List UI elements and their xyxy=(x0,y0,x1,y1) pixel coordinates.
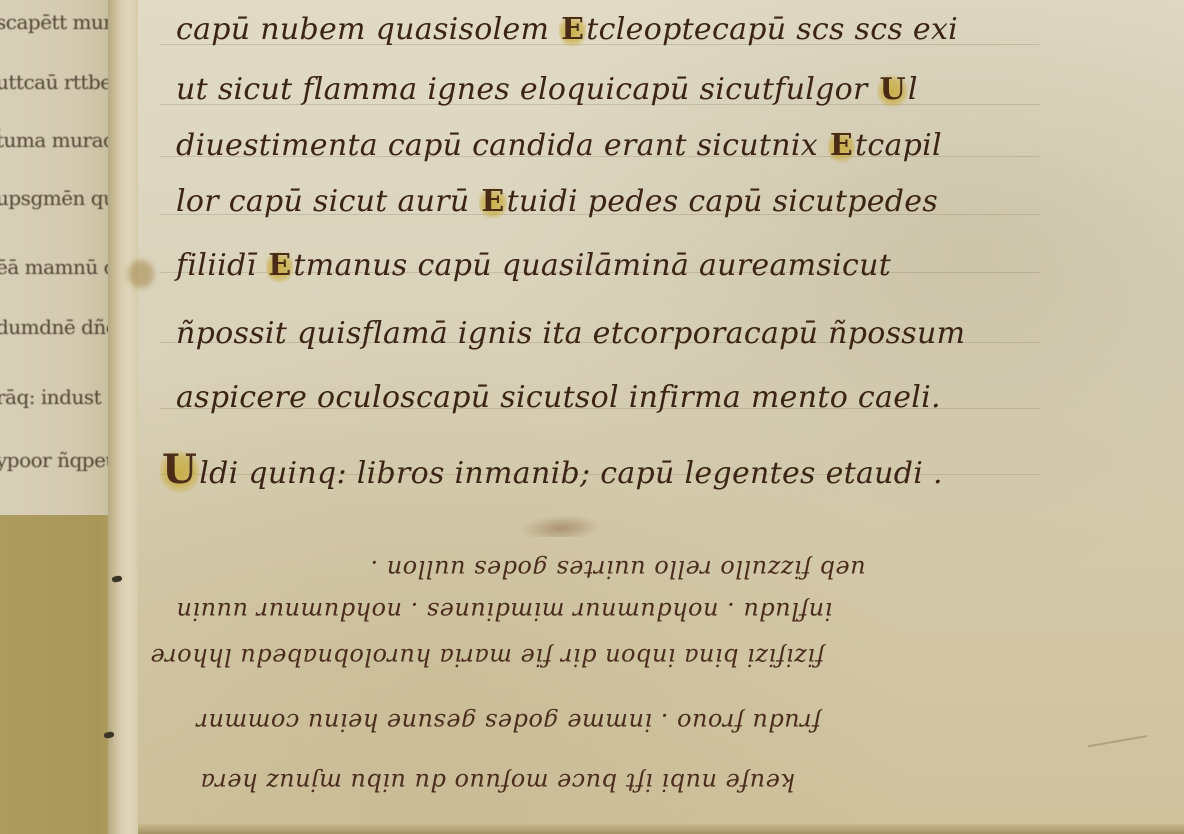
text-line: ñpossit quisflamā ignis ita etcorporacap… xyxy=(176,316,965,351)
text-segment: ldi quinq: libros inmanib; capū legentes… xyxy=(199,456,943,491)
text-segment: diuestimenta capū candida erant sicutnix xyxy=(176,128,828,163)
text-segment: tcapil xyxy=(855,128,942,163)
verso-line: rāq: indust xyxy=(0,385,101,409)
verso-line: ypoor ñqpeue xyxy=(0,448,112,472)
text-segment: capū nubem quasisolem xyxy=(176,12,559,47)
verso-page: scapētt muruu uttcaū rttbemp ṫuma muraqu… xyxy=(0,0,112,522)
text-segment: lor capū sicut aurū xyxy=(176,184,479,219)
decorated-initial: U xyxy=(160,446,199,493)
text-segment: aspicere oculoscapū sicutsol infirma men… xyxy=(176,380,941,415)
upside-down-line: fizifizi bina inbon dir fie maria hurolo… xyxy=(150,643,824,671)
text-segment: tmanus capū quasilāminā aureamsicut xyxy=(293,248,891,283)
decorated-initial: E xyxy=(479,184,506,219)
ink-smudge xyxy=(517,515,607,537)
upside-down-line: infludu . nohdumnur mimdiunes . nohdumnu… xyxy=(176,597,832,625)
text-line: Uldi quinq: libros inmanib; capū legente… xyxy=(160,446,943,493)
text-segment: tcleoptecapū scs scs exi xyxy=(586,12,958,47)
gutter-fold xyxy=(108,0,138,834)
text-segment: filiidī xyxy=(176,248,266,283)
text-segment: ut sicut flamma ignes eloquicapū sicutfu… xyxy=(176,72,877,107)
text-line: lor capū sicut aurū Etuidi pedes capū si… xyxy=(176,184,938,219)
decorated-initial: E xyxy=(559,12,586,47)
decorated-initial: E xyxy=(266,248,293,283)
text-segment: tuidi pedes capū sicutpedes xyxy=(507,184,938,219)
verso-line: ēā mamnū q xyxy=(0,255,112,279)
verso-line: uttcaū rttbemp xyxy=(0,70,112,94)
text-line: ut sicut flamma ignes eloquicapū sicutfu… xyxy=(176,72,918,107)
decorated-initial: E xyxy=(828,128,855,163)
binding-board xyxy=(0,515,125,834)
stain xyxy=(128,260,154,288)
verso-line: ṫuma muraqua xyxy=(0,128,112,152)
text-line: aspicere oculoscapū sicutsol infirma men… xyxy=(176,380,941,415)
verso-line: dumdnē dñe ch xyxy=(0,315,112,339)
verso-line: scapētt muruu xyxy=(0,10,112,34)
upside-down-line: ueb fizzullo rello uuirtes godes uullon … xyxy=(370,555,866,583)
upside-down-line: keufe nubi ift buce mofuuo du uibu mjnuz… xyxy=(200,768,795,796)
upside-down-line: frudu frouo . inmme godes gesune heinu c… xyxy=(196,708,821,736)
page-edge xyxy=(124,824,1184,834)
text-line: capū nubem quasisolem Etcleoptecapū scs … xyxy=(176,12,958,47)
verso-line: upsgmēn quam xyxy=(0,186,112,210)
text-segment: ñpossit quisflamā ignis ita etcorporacap… xyxy=(176,316,965,351)
decorated-initial: U xyxy=(877,72,907,107)
text-line: filiidī Etmanus capū quasilāminā aureams… xyxy=(176,248,891,283)
text-line: diuestimenta capū candida erant sicutnix… xyxy=(176,128,942,163)
text-segment: l xyxy=(908,72,918,107)
